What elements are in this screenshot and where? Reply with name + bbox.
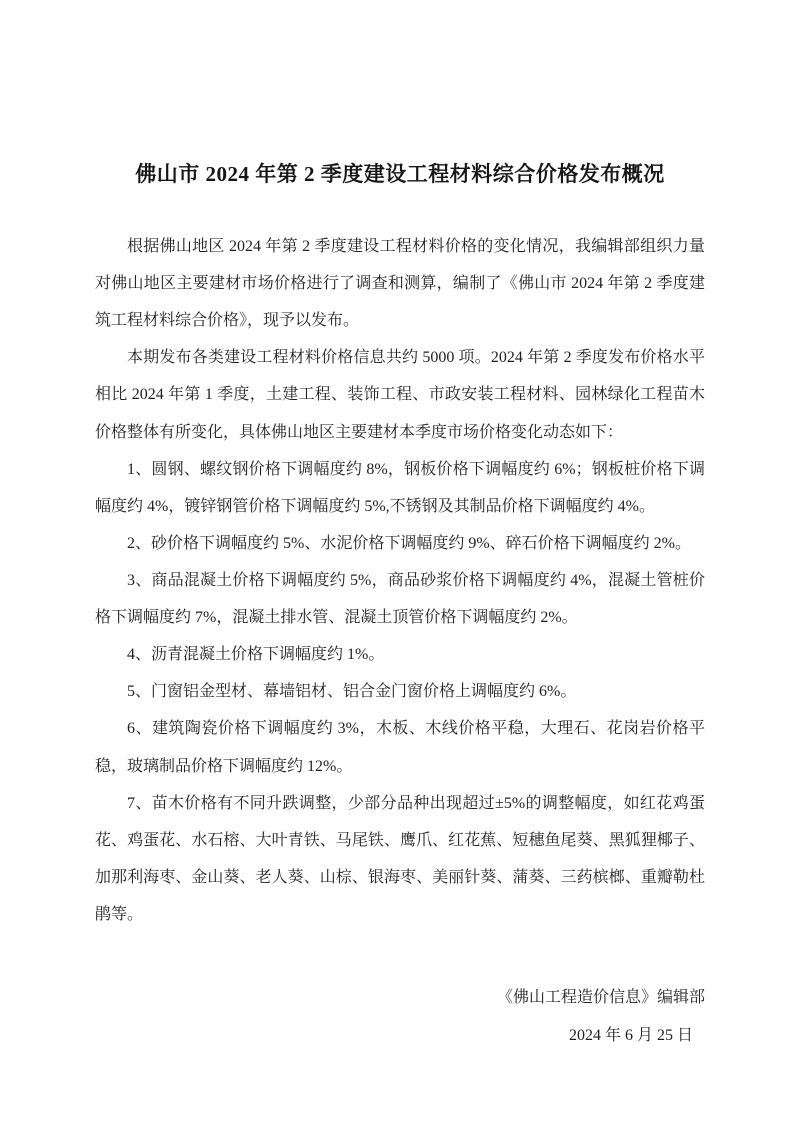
signature-organization: 《佛山工程造价信息》编辑部 — [95, 979, 705, 1017]
document-title: 佛山市 2024 年第 2 季度建设工程材料综合价格发布概况 — [0, 0, 800, 188]
paragraph-intro: 根据佛山地区 2024 年第 2 季度建设工程材料价格的变化情况，我编辑部组织力… — [95, 228, 705, 339]
list-item-1-steel: 1、圆钢、螺纹钢价格下调幅度约 8%，钢板价格下调幅度约 6%；钢板桩价格下调幅… — [95, 451, 705, 525]
signature-block: 《佛山工程造价信息》编辑部 2024 年 6 月 25 日 — [0, 979, 800, 1054]
list-item-6-ceramics-glass: 6、建筑陶瓷价格下调幅度约 3%，木板、木线价格平稳，大理石、花岗岩价格平稳，玻… — [95, 710, 705, 784]
document-body: 根据佛山地区 2024 年第 2 季度建设工程材料价格的变化情况，我编辑部组织力… — [0, 228, 800, 933]
paragraph-overview: 本期发布各类建设工程材料价格信息共约 5000 项。2024 年第 2 季度发布… — [95, 339, 705, 450]
signature-date: 2024 年 6 月 25 日 — [95, 1017, 705, 1055]
list-item-7-seedlings: 7、苗木价格有不同升跌调整，少部分品种出现超过±5%的调整幅度，如红花鸡蛋花、鸡… — [95, 785, 705, 933]
list-item-4-asphalt: 4、沥青混凝土价格下调幅度约 1%。 — [95, 636, 705, 673]
list-item-3-concrete: 3、商品混凝土价格下调幅度约 5%，商品砂浆价格下调幅度约 4%，混凝土管桩价格… — [95, 562, 705, 636]
list-item-2-sand-cement: 2、砂价格下调幅度约 5%、水泥价格下调幅度约 9%、碎石价格下调幅度约 2%。 — [95, 525, 705, 562]
document-page: 佛山市 2024 年第 2 季度建设工程材料综合价格发布概况 根据佛山地区 20… — [0, 0, 800, 1132]
list-item-5-aluminum: 5、门窗铝金型材、幕墙铝材、铝合金门窗价格上调幅度约 6%。 — [95, 673, 705, 710]
